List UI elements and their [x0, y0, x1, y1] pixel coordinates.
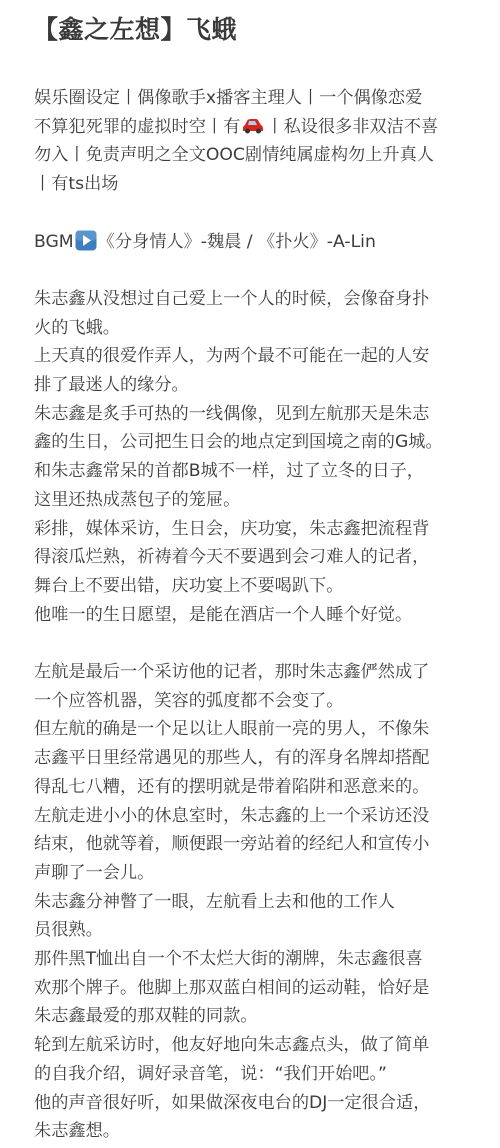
story-line: 得乱七八糟，还有的摆明就是带着陷阱和恶意来的。 — [34, 773, 474, 802]
story-line: 彩排，媒体采访，生日会，庆功宴，朱志鑫把流程背 — [34, 515, 474, 544]
story-paragraph-1: 朱志鑫从没想过自己爱上一个人的时候，会像奋身扑 火的飞蛾。 上天真的很爱作弄人，… — [34, 285, 474, 629]
story-line: 结束，他就等着，顺便跟一旁站着的经纪人和宣传小 — [34, 830, 474, 859]
spacer — [34, 256, 474, 285]
header-text: 丨私设很多非双洁不喜 — [266, 117, 438, 137]
story-line: 上天真的很爱作弄人，为两个最不可能在一起的人安 — [34, 342, 474, 371]
story-line: 那件黑T恤出自一个不太烂大街的潮牌，朱志鑫很喜 — [34, 945, 474, 974]
story-line: 轮到左航采访时，他友好地向朱志鑫点头，做了简单 — [34, 1031, 474, 1060]
story-line: 朱志鑫是炙手可热的一线偶像，见到左航那天是朱志 — [34, 400, 474, 429]
header-line: 不算犯死罪的虚拟时空丨有丨私设很多非双洁不喜 — [34, 113, 474, 142]
story-line: 排了最迷人的缘分。 — [34, 371, 474, 400]
story-line: 左航是最后一个采访他的记者，那时朱志鑫俨然成了 — [34, 658, 474, 687]
story-line: 鑫的生日，公司把生日会的地点定到国境之南的G城。 — [34, 428, 474, 457]
play-button-icon — [75, 230, 97, 251]
story-line: 他的声音很好听，如果做深夜电台的DJ一定很合适， — [34, 1089, 474, 1118]
document-body: 娱乐圈设定丨偶像歌手x播客主理人丨一个偶像恋爱 不算犯死罪的虚拟时空丨有丨私设很… — [34, 84, 474, 1146]
header-line: 勿入丨免责声明之全文OOC剧情纯属虚构勿上升真人 — [34, 141, 474, 170]
story-line: 左航走进小小的休息室时，朱志鑫的上一个采访还没 — [34, 802, 474, 831]
bgm-label: BGM — [34, 232, 74, 252]
story-line: 但左航的确是一个足以让人眼前一亮的男人，不像朱 — [34, 715, 474, 744]
header-block: 娱乐圈设定丨偶像歌手x播客主理人丨一个偶像恋爱 不算犯死罪的虚拟时空丨有丨私设很… — [34, 84, 474, 199]
header-line: 娱乐圈设定丨偶像歌手x播客主理人丨一个偶像恋爱 — [34, 84, 474, 113]
story-line: 朱志鑫分神瞥了一眼，左航看上去和他的工作人 — [34, 888, 474, 917]
story-line: 得滚瓜烂熟，祈祷着今天不要遇到会刁难人的记者， — [34, 543, 474, 572]
story-line: 朱志鑫最爱的那双鞋的同款。 — [34, 1002, 474, 1031]
story-line: 一个应答机器，笑容的弧度都不会变了。 — [34, 687, 474, 716]
bgm-text-line: BGM《分身情人》-魏晨 / 《扑火》-A-Lin — [34, 228, 474, 257]
story-line: 欢那个牌子。他脚上那双蓝白相间的运动鞋，恰好是 — [34, 974, 474, 1003]
bgm-songs: 《分身情人》-魏晨 / 《扑火》-A-Lin — [98, 232, 376, 252]
story-line: 的自我介绍，调好录音笔，说：“我们开始吧。” — [34, 1060, 474, 1089]
bgm-line: BGM《分身情人》-魏晨 / 《扑火》-A-Lin — [34, 228, 474, 257]
story-line: 声聊了一会儿。 — [34, 859, 474, 888]
story-line: 朱志鑫从没想过自己爱上一个人的时候，会像奋身扑 — [34, 285, 474, 314]
story-line: 他唯一的生日愿望，是能在酒店一个人睡个好觉。 — [34, 601, 474, 630]
document-title: 【鑫之左想】飞蛾 — [33, 10, 237, 46]
header-text: 不算犯死罪的虚拟时空丨有 — [34, 117, 240, 137]
story-line: 和朱志鑫常呆的首都B城不一样，过了立冬的日子， — [34, 457, 474, 486]
spacer — [34, 629, 474, 658]
story-line: 朱志鑫想。 — [34, 1117, 474, 1146]
story-line: 这里还热成蒸包子的笼屉。 — [34, 486, 474, 515]
story-line: 员很熟。 — [34, 916, 474, 945]
header-line: 丨有ts出场 — [34, 170, 474, 199]
story-line: 舞台上不要出错，庆功宴上不要喝趴下。 — [34, 572, 474, 601]
story-paragraph-2: 左航是最后一个采访他的记者，那时朱志鑫俨然成了 一个应答机器，笑容的弧度都不会变… — [34, 658, 474, 1146]
story-line: 志鑫平日里经常遇见的那些人，有的浑身名牌却搭配 — [34, 744, 474, 773]
document-page: 【鑫之左想】飞蛾 娱乐圈设定丨偶像歌手x播客主理人丨一个偶像恋爱 不算犯死罪的虚… — [0, 0, 500, 1148]
car-icon — [242, 115, 264, 131]
story-line: 火的飞蛾。 — [34, 314, 474, 343]
spacer — [34, 199, 474, 228]
